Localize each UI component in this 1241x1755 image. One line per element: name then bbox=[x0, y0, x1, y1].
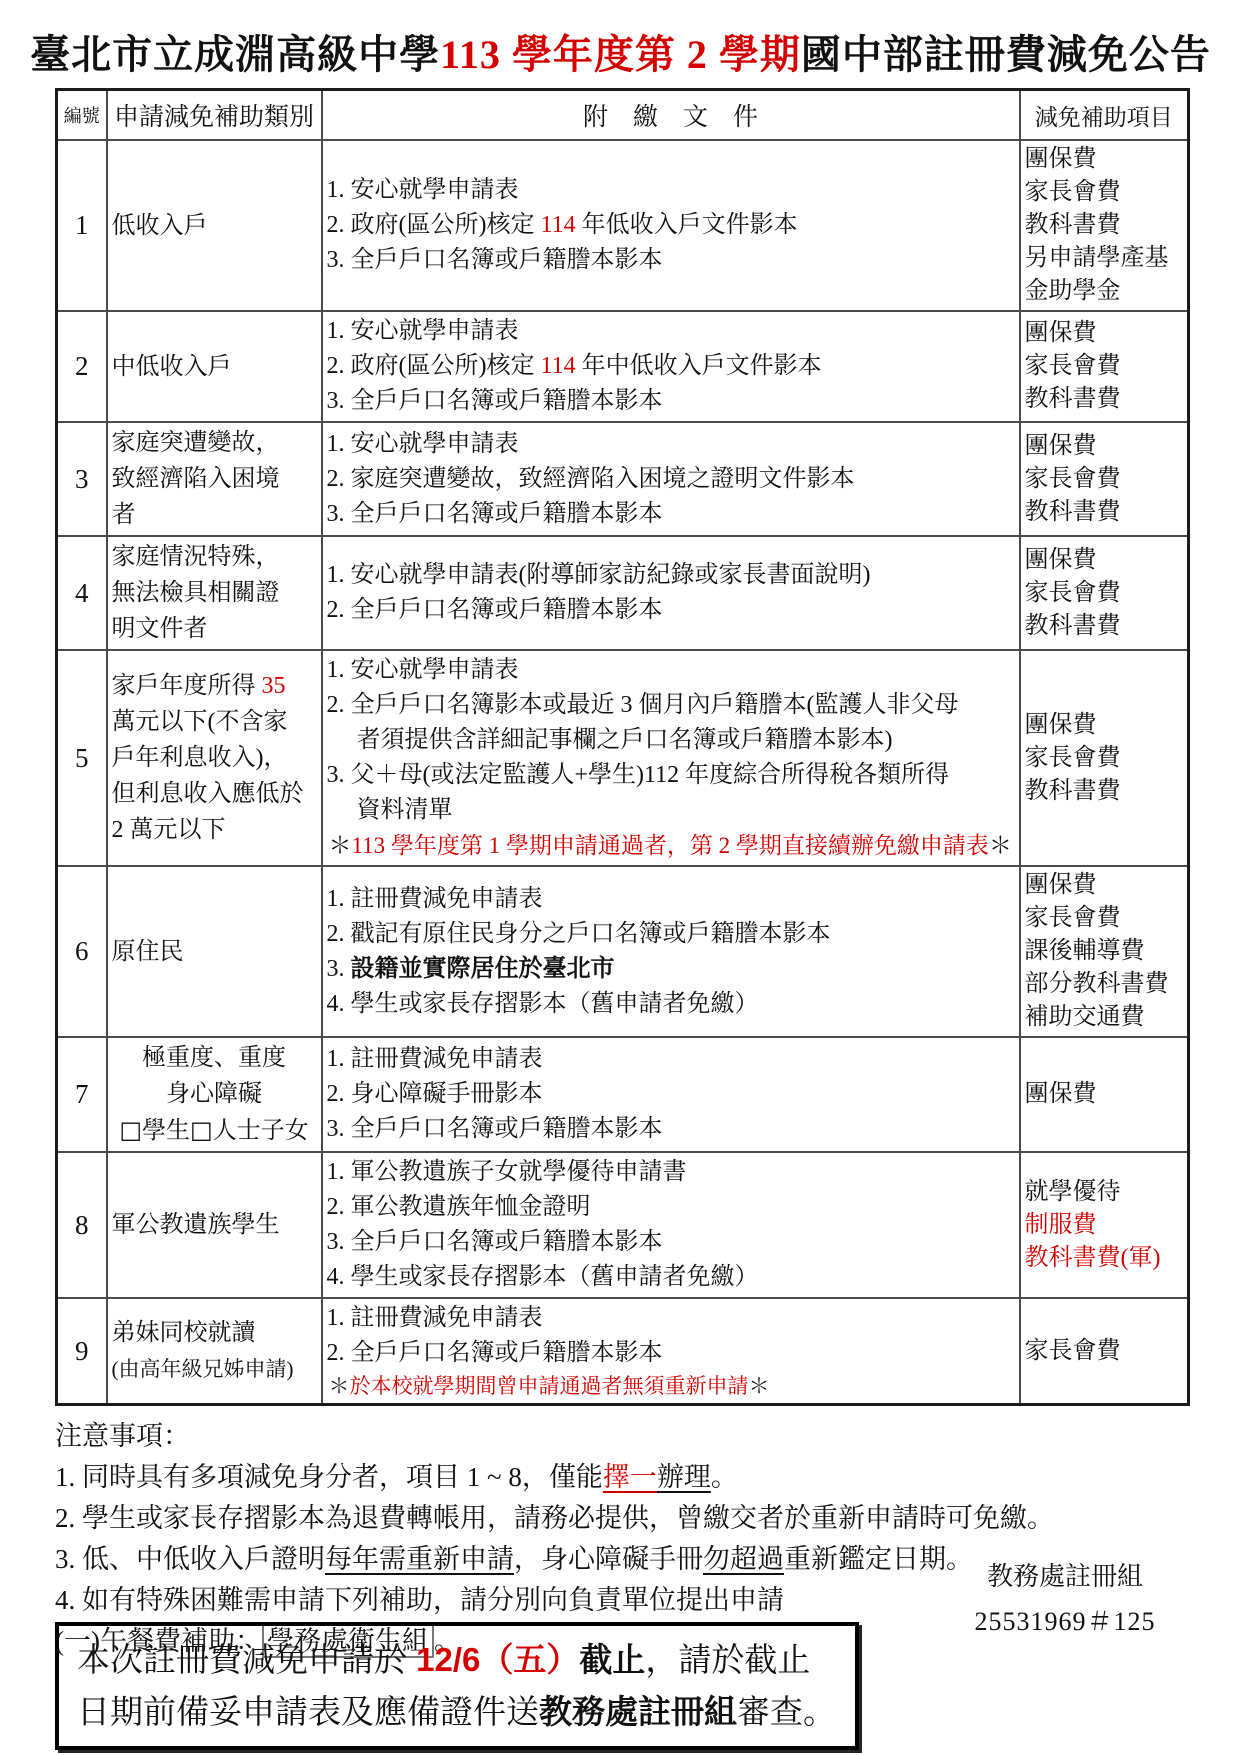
documents-cell: 1. 安心就學申請表(附導師家訪紀錄或家長書面說明)2. 全戶戶口名簿或戶籍謄本… bbox=[322, 536, 1020, 650]
text-segment: 4. 如有特殊困難需申請下列補助，請分別向負責單位提出申請 bbox=[55, 1585, 784, 1615]
text-segment: 3. 全戶戶口名簿或戶籍謄本影本 bbox=[327, 501, 663, 527]
text-segment: 114 bbox=[540, 353, 575, 379]
text-segment: 2 萬元以下 bbox=[112, 817, 226, 843]
text-segment: 低收入戶 bbox=[112, 213, 208, 239]
table-row: 3家庭突遭變故，致經濟陷入困境者1. 安心就學申請表2. 家庭突遭變故，致經濟陷… bbox=[57, 422, 1189, 536]
text-segment: 教科書費 bbox=[1025, 778, 1121, 804]
text-segment: 團保費 bbox=[1025, 1081, 1097, 1107]
text-segment: 2. 學生或家長存摺影本為退費轉帳用，請務必提供，曾繳交者於重新申請時可免繳。 bbox=[55, 1503, 1054, 1533]
table-header-row: 編號 申請減免補助類別 附 繳 文 件 減免補助項目 bbox=[57, 90, 1189, 141]
item-line: 教科書費 bbox=[1025, 383, 1184, 416]
item-line: 家長會費 bbox=[1025, 742, 1184, 775]
table-row: 2中低收入戶1. 安心就學申請表2. 政府(區公所)核定 114 年中低收入戶文… bbox=[57, 311, 1189, 422]
documents-cell: 1. 安心就學申請表2. 政府(區公所)核定 114 年中低收入戶文件影本3. … bbox=[322, 311, 1020, 422]
text-segment: 1. 註冊費減免申請表 bbox=[327, 886, 543, 912]
item-line: 教科書費 bbox=[1025, 209, 1184, 242]
text-segment: 無法檢具相關證 bbox=[112, 580, 280, 606]
text-segment: 本次註冊費減免申請於 bbox=[77, 1641, 416, 1678]
text-segment: 家庭突遭變故， bbox=[112, 430, 280, 456]
title-school-name: 臺北市立成淵高級中學 bbox=[30, 32, 440, 77]
text-segment: 。 bbox=[711, 1462, 738, 1492]
text-segment: 3. 全戶戶口名簿或戶籍謄本影本 bbox=[327, 247, 663, 273]
text-segment: 1. 軍公教遺族子女就學優待申請書 bbox=[327, 1159, 687, 1185]
text-segment: 3. 全戶戶口名簿或戶籍謄本影本 bbox=[327, 1116, 663, 1142]
item-line: 家長會費 bbox=[1025, 176, 1184, 209]
document-line: ＊113 學年度第 1 學期申請通過者，第 2 學期直接續辦免繳申請表＊ bbox=[327, 828, 1015, 863]
text-segment: 1. 安心就學申請表 bbox=[327, 177, 519, 203]
text-segment: 2. 戳記有原住民身分之戶口名簿或戶籍謄本影本 bbox=[327, 921, 831, 947]
text-segment: 3. 低、中低收入戶證明 bbox=[55, 1544, 325, 1574]
document-line: 1. 安心就學申請表 bbox=[327, 314, 1015, 349]
item-line: 就學優待 bbox=[1025, 1176, 1184, 1209]
text-segment: 1. 註冊費減免申請表 bbox=[327, 1046, 543, 1072]
items-cell: 團保費家長會費教科書費 bbox=[1020, 536, 1189, 650]
item-line: 部分教科書費 bbox=[1025, 968, 1184, 1001]
text-segment: 2. 全戶戶口名簿影本或最近 3 個月內戶籍謄本(監護人非父母 bbox=[327, 692, 959, 718]
text-segment: 者須提供含詳細記事欄之戶口名簿或戶籍謄本影本) bbox=[357, 727, 893, 753]
title-subject: 國中部註冊費減免公告 bbox=[801, 32, 1211, 77]
text-segment: 年低收入戶文件影本 bbox=[576, 212, 798, 238]
document-line: ＊於本校就學期間曾申請通過者無須重新申請＊ bbox=[327, 1371, 1015, 1401]
item-line: 課後輔導費 bbox=[1025, 935, 1184, 968]
item-line: 另申請學產基 bbox=[1025, 242, 1184, 275]
text-segment: 教科書費 bbox=[1025, 499, 1121, 525]
checkbox-icon: □ bbox=[190, 1116, 213, 1144]
text-segment: 者 bbox=[112, 502, 136, 528]
text-segment: 1. 安心就學申請表 bbox=[327, 657, 519, 683]
documents-cell: 1. 安心就學申請表2. 政府(區公所)核定 114 年低收入戶文件影本3. 全… bbox=[322, 140, 1020, 311]
document-line: 3. 全戶戶口名簿或戶籍謄本影本 bbox=[327, 1225, 1015, 1260]
text-segment: 極重度、重度 bbox=[142, 1045, 286, 1071]
text-segment: 家長會費 bbox=[1025, 353, 1121, 379]
text-segment: 原住民 bbox=[112, 939, 184, 965]
category-cell: 家庭突遭變故，致經濟陷入困境者 bbox=[107, 422, 322, 536]
documents-cell: 1. 註冊費減免申請表2. 戳記有原住民身分之戶口名簿或戶籍謄本影本3. 設籍並… bbox=[322, 866, 1020, 1037]
text-segment: 3. 父＋母(或法定監護人+學生)112 年度綜合所得稅各類所得 bbox=[327, 762, 950, 788]
text-segment: 明文件者 bbox=[112, 616, 208, 642]
document-line: 2. 軍公教遺族年恤金證明 bbox=[327, 1190, 1015, 1225]
category-line: 無法檢具相關證 bbox=[112, 575, 317, 611]
text-segment: 3. bbox=[327, 956, 351, 982]
text-segment: 家長會費 bbox=[1025, 580, 1121, 606]
text-segment: 團保費 bbox=[1025, 872, 1097, 898]
category-cell: 低收入戶 bbox=[107, 140, 322, 311]
text-segment: 團保費 bbox=[1025, 547, 1097, 573]
deadline-box: 本次註冊費減免申請於 12/6（五）截止，請於截止日期前備妥申請表及應備證件送教… bbox=[55, 1622, 859, 1750]
text-segment: 4. 學生或家長存摺影本（舊申請者免繳） bbox=[327, 1264, 759, 1290]
text-segment: 教務處註冊組 bbox=[539, 1693, 737, 1730]
contact-block: 教務處註冊組 25531969＃125 bbox=[950, 1556, 1180, 1638]
text-segment: 1. 同時具有多項減免身分者，項目 1 ~ 8，僅能 bbox=[55, 1462, 603, 1492]
document-line: 1. 軍公教遺族子女就學優待申請書 bbox=[327, 1155, 1015, 1190]
text-segment: 家長會費 bbox=[1025, 1338, 1121, 1364]
text-segment: 3. 全戶戶口名簿或戶籍謄本影本 bbox=[327, 1229, 663, 1255]
text-segment: 2. 軍公教遺族年恤金證明 bbox=[327, 1194, 591, 1220]
category-line: 弟妹同校就讀 bbox=[112, 1315, 317, 1351]
document-line: 3. 全戶戶口名簿或戶籍謄本影本 bbox=[327, 243, 1015, 278]
table-row: 1低收入戶1. 安心就學申請表2. 政府(區公所)核定 114 年低收入戶文件影… bbox=[57, 140, 1189, 311]
row-number-cell: 6 bbox=[57, 866, 107, 1037]
documents-cell: 1. 安心就學申請表2. 家庭突遭變故，致經濟陷入困境之證明文件影本3. 全戶戶… bbox=[322, 422, 1020, 536]
text-segment: 課後輔導費 bbox=[1025, 938, 1145, 964]
text-segment: 12/6（五） bbox=[416, 1641, 579, 1678]
category-line: 家戶年度所得 35 bbox=[112, 668, 317, 704]
text-segment: 設籍並實際居住於臺北市 bbox=[351, 956, 615, 982]
item-line: 家長會費 bbox=[1025, 350, 1184, 383]
text-segment: 學生 bbox=[142, 1118, 190, 1144]
header-number: 編號 bbox=[57, 90, 107, 141]
document-line: 2. 家庭突遭變故，致經濟陷入困境之證明文件影本 bbox=[327, 462, 1015, 497]
category-line: 但利息收入應低於 bbox=[112, 776, 317, 812]
deadline-line: 本次註冊費減免申請於 12/6（五）截止，請於截止 bbox=[77, 1634, 837, 1686]
text-segment: 家長會費 bbox=[1025, 905, 1121, 931]
text-segment: 擇一 bbox=[603, 1462, 657, 1492]
text-segment: 團保費 bbox=[1025, 320, 1097, 346]
text-segment: ＊ bbox=[329, 1374, 350, 1398]
contact-office: 教務處註冊組 bbox=[950, 1556, 1180, 1593]
text-segment: 2. 政府(區公所)核定 bbox=[327, 212, 541, 238]
document-line: 資料清單 bbox=[327, 793, 1015, 828]
document-line: 2. 全戶戶口名簿影本或最近 3 個月內戶籍謄本(監護人非父母 bbox=[327, 688, 1015, 723]
document-line: 3. 全戶戶口名簿或戶籍謄本影本 bbox=[327, 1112, 1015, 1147]
header-category: 申請減免補助類別 bbox=[107, 90, 322, 141]
text-segment: 補助交通費 bbox=[1025, 1004, 1145, 1030]
text-segment: 部分教科書費 bbox=[1025, 971, 1169, 997]
items-cell: 就學優待制服費教科書費(軍) bbox=[1020, 1152, 1189, 1298]
text-segment: 1. 安心就學申請表 bbox=[327, 318, 519, 344]
row-number-cell: 2 bbox=[57, 311, 107, 422]
text-segment: 另申請學產基 bbox=[1025, 245, 1169, 271]
document-line: 2. 政府(區公所)核定 114 年中低收入戶文件影本 bbox=[327, 349, 1015, 384]
table-row: 8軍公教遺族學生1. 軍公教遺族子女就學優待申請書2. 軍公教遺族年恤金證明3.… bbox=[57, 1152, 1189, 1298]
item-line: 團保費 bbox=[1025, 544, 1184, 577]
category-cell: 中低收入戶 bbox=[107, 311, 322, 422]
deadline-line: 日期前備妥申請表及應備證件送教務處註冊組審查。 bbox=[77, 1686, 837, 1738]
item-line: 家長會費 bbox=[1025, 1335, 1184, 1368]
category-line: 軍公教遺族學生 bbox=[112, 1207, 317, 1243]
category-cell: 家戶年度所得 35萬元以下(不含家戶年利息收入)，但利息收入應低於2 萬元以下 bbox=[107, 650, 322, 866]
document-line: 1. 安心就學申請表 bbox=[327, 653, 1015, 688]
row-number-cell: 1 bbox=[57, 140, 107, 311]
category-line: 2 萬元以下 bbox=[112, 812, 317, 848]
row-number-cell: 9 bbox=[57, 1298, 107, 1405]
text-segment: 勿超過 bbox=[703, 1544, 784, 1574]
text-segment: 每年需重新申請 bbox=[325, 1544, 514, 1574]
item-line: 補助交通費 bbox=[1025, 1001, 1184, 1034]
text-segment: 2. 全戶戶口名簿或戶籍謄本影本 bbox=[327, 597, 663, 623]
category-line: 中低收入戶 bbox=[112, 349, 317, 385]
note-line: 1. 同時具有多項減免身分者，項目 1 ~ 8，僅能擇一辦理。 bbox=[55, 1457, 1241, 1498]
row-number-cell: 8 bbox=[57, 1152, 107, 1298]
text-segment: 重新鑑定日期。 bbox=[784, 1544, 973, 1574]
text-segment: 2. 身心障礙手冊影本 bbox=[327, 1081, 543, 1107]
category-line: 明文件者 bbox=[112, 611, 317, 647]
text-segment: (由高年級兄姊申請) bbox=[112, 1357, 294, 1381]
item-line: 教科書費 bbox=[1025, 496, 1184, 529]
documents-cell: 1. 註冊費減免申請表2. 全戶戶口名簿或戶籍謄本影本＊於本校就學期間曾申請通過… bbox=[322, 1298, 1020, 1405]
row-number-cell: 3 bbox=[57, 422, 107, 536]
category-line: 低收入戶 bbox=[112, 208, 317, 244]
text-segment: 2. 政府(區公所)核定 bbox=[327, 353, 541, 379]
items-cell: 家長會費 bbox=[1020, 1298, 1189, 1405]
text-segment: 於本校就學期間曾申請通過者無須重新申請 bbox=[350, 1374, 749, 1398]
text-segment: 截止 bbox=[579, 1641, 645, 1678]
text-segment: ＊ bbox=[329, 833, 352, 858]
text-segment: 2. 家庭突遭變故，致經濟陷入困境之證明文件影本 bbox=[327, 466, 855, 492]
text-segment: 戶年利息收入)， bbox=[112, 745, 288, 771]
category-cell: 極重度、重度身心障礙□學生□人士子女 bbox=[107, 1037, 322, 1152]
category-cell: 家庭情況特殊，無法檢具相關證明文件者 bbox=[107, 536, 322, 650]
text-segment: 4. 學生或家長存摺影本（舊申請者免繳） bbox=[327, 991, 759, 1017]
checkbox-icon: □ bbox=[119, 1116, 142, 1144]
table-row: 6原住民1. 註冊費減免申請表2. 戳記有原住民身分之戶口名簿或戶籍謄本影本3.… bbox=[57, 866, 1189, 1037]
text-segment: 日期前備妥申請表及應備證件送 bbox=[77, 1693, 539, 1730]
document-line: 1. 安心就學申請表 bbox=[327, 427, 1015, 462]
header-documents: 附 繳 文 件 bbox=[322, 90, 1020, 141]
item-line: 教科書費 bbox=[1025, 610, 1184, 643]
document-line: 2. 全戶戶口名簿或戶籍謄本影本 bbox=[327, 1336, 1015, 1371]
category-line: □學生□人士子女 bbox=[112, 1112, 317, 1149]
text-segment: 制服費 bbox=[1025, 1212, 1097, 1238]
text-segment: 家長會費 bbox=[1025, 179, 1121, 205]
text-segment: 身心障礙 bbox=[166, 1081, 262, 1107]
category-line: 家庭情況特殊， bbox=[112, 539, 317, 575]
items-cell: 團保費 bbox=[1020, 1037, 1189, 1152]
items-cell: 團保費家長會費教科書費 bbox=[1020, 650, 1189, 866]
text-segment: 2. 全戶戶口名簿或戶籍謄本影本 bbox=[327, 1340, 663, 1366]
row-number-cell: 7 bbox=[57, 1037, 107, 1152]
table-row: 7極重度、重度身心障礙□學生□人士子女1. 註冊費減免申請表2. 身心障礙手冊影… bbox=[57, 1037, 1189, 1152]
document-line: 2. 身心障礙手冊影本 bbox=[327, 1077, 1015, 1112]
category-cell: 弟妹同校就讀(由高年級兄姊申請) bbox=[107, 1298, 322, 1405]
document-line: 3. 設籍並實際居住於臺北市 bbox=[327, 952, 1015, 987]
table-row: 9弟妹同校就讀(由高年級兄姊申請)1. 註冊費減免申請表2. 全戶戶口名簿或戶籍… bbox=[57, 1298, 1189, 1405]
row-number-cell: 4 bbox=[57, 536, 107, 650]
header-items: 減免補助項目 bbox=[1020, 90, 1189, 141]
item-line: 團保費 bbox=[1025, 1078, 1184, 1111]
notes-heading: 注意事項： bbox=[55, 1416, 1241, 1457]
text-segment: 1. 安心就學申請表 bbox=[327, 431, 519, 457]
item-line: 金助學金 bbox=[1025, 275, 1184, 308]
item-line: 團保費 bbox=[1025, 317, 1184, 350]
text-segment: 3. 全戶戶口名簿或戶籍謄本影本 bbox=[327, 388, 663, 414]
note-line: 2. 學生或家長存摺影本為退費轉帳用，請務必提供，曾繳交者於重新申請時可免繳。 bbox=[55, 1498, 1241, 1539]
text-segment: 金助學金 bbox=[1025, 278, 1121, 304]
item-line: 團保費 bbox=[1025, 709, 1184, 742]
category-line: 戶年利息收入)， bbox=[112, 740, 317, 776]
text-segment: 教科書費 bbox=[1025, 613, 1121, 639]
items-cell: 團保費家長會費課後輔導費部分教科書費補助交通費 bbox=[1020, 866, 1189, 1037]
item-line: 團保費 bbox=[1025, 430, 1184, 463]
text-segment: 團保費 bbox=[1025, 712, 1097, 738]
text-segment: 審查。 bbox=[737, 1693, 836, 1730]
text-segment: ＊ bbox=[749, 1374, 770, 1398]
text-segment: 人士子女 bbox=[213, 1118, 309, 1144]
documents-cell: 1. 軍公教遺族子女就學優待申請書2. 軍公教遺族年恤金證明3. 全戶戶口名簿或… bbox=[322, 1152, 1020, 1298]
text-segment: 教科書費 bbox=[1025, 212, 1121, 238]
text-segment: 教科書費 bbox=[1025, 386, 1121, 412]
category-line: 極重度、重度 bbox=[112, 1040, 317, 1076]
text-segment: 1. 安心就學申請表(附導師家訪紀錄或家長書面說明) bbox=[327, 562, 871, 588]
category-line: 家庭突遭變故， bbox=[112, 425, 317, 461]
document-line: 2. 戳記有原住民身分之戶口名簿或戶籍謄本影本 bbox=[327, 917, 1015, 952]
items-cell: 團保費家長會費教科書費 bbox=[1020, 422, 1189, 536]
category-line: 萬元以下(不含家 bbox=[112, 704, 317, 740]
text-segment: 團保費 bbox=[1025, 433, 1097, 459]
document-line: 2. 政府(區公所)核定 114 年低收入戶文件影本 bbox=[327, 208, 1015, 243]
text-segment: 致經濟陷入困境 bbox=[112, 466, 280, 492]
document-line: 者須提供含詳細記事欄之戶口名簿或戶籍謄本影本) bbox=[327, 723, 1015, 758]
text-segment: 中低收入戶 bbox=[112, 354, 232, 380]
document-line: 4. 學生或家長存摺影本（舊申請者免繳） bbox=[327, 1260, 1015, 1295]
text-segment: 113 學年度第 1 學期申請通過者，第 2 學期直接續辦免繳申請表 bbox=[352, 833, 989, 858]
page-title: 臺北市立成淵高級中學113 學年度第 2 學期國中部註冊費減免公告 bbox=[0, 0, 1241, 80]
documents-cell: 1. 註冊費減免申請表2. 身心障礙手冊影本3. 全戶戶口名簿或戶籍謄本影本 bbox=[322, 1037, 1020, 1152]
category-line: 致經濟陷入困境 bbox=[112, 461, 317, 497]
document-line: 3. 全戶戶口名簿或戶籍謄本影本 bbox=[327, 497, 1015, 532]
document-line: 1. 安心就學申請表 bbox=[327, 173, 1015, 208]
text-segment: 辦理 bbox=[657, 1462, 711, 1492]
text-segment: 但利息收入應低於 bbox=[112, 781, 304, 807]
text-segment: 家庭情況特殊， bbox=[112, 544, 280, 570]
text-segment: 年中低收入戶文件影本 bbox=[576, 353, 822, 379]
items-cell: 團保費家長會費教科書費 bbox=[1020, 311, 1189, 422]
text-segment: 軍公教遺族學生 bbox=[112, 1212, 280, 1238]
contact-phone: 25531969＃125 bbox=[950, 1601, 1180, 1638]
text-segment: 家長會費 bbox=[1025, 466, 1121, 492]
announcement-page: 臺北市立成淵高級中學113 學年度第 2 學期國中部註冊費減免公告 編號 申請減… bbox=[0, 0, 1241, 1755]
text-segment: 114 bbox=[540, 212, 575, 238]
item-line: 團保費 bbox=[1025, 143, 1184, 176]
table-row: 5家戶年度所得 35萬元以下(不含家戶年利息收入)，但利息收入應低於2 萬元以下… bbox=[57, 650, 1189, 866]
text-segment: 35 bbox=[262, 673, 286, 699]
item-line: 教科書費(軍) bbox=[1025, 1242, 1184, 1275]
category-line: (由高年級兄姊申請) bbox=[112, 1351, 317, 1387]
text-segment: 弟妹同校就讀 bbox=[112, 1320, 256, 1346]
document-line: 1. 註冊費減免申請表 bbox=[327, 882, 1015, 917]
title-semester: 113 學年度第 2 學期 bbox=[440, 32, 801, 77]
items-cell: 團保費家長會費教科書費另申請學產基金助學金 bbox=[1020, 140, 1189, 311]
item-line: 制服費 bbox=[1025, 1209, 1184, 1242]
text-segment: ，身心障礙手冊 bbox=[514, 1544, 703, 1574]
text-segment: 資料清單 bbox=[357, 797, 453, 823]
category-line: 者 bbox=[112, 497, 317, 533]
category-cell: 原住民 bbox=[107, 866, 322, 1037]
text-segment: ＊ bbox=[989, 833, 1012, 858]
row-number-cell: 5 bbox=[57, 650, 107, 866]
table-row: 4家庭情況特殊，無法檢具相關證明文件者1. 安心就學申請表(附導師家訪紀錄或家長… bbox=[57, 536, 1189, 650]
document-line: 3. 父＋母(或法定監護人+學生)112 年度綜合所得稅各類所得 bbox=[327, 758, 1015, 793]
category-line: 原住民 bbox=[112, 934, 317, 970]
document-line: 1. 註冊費減免申請表 bbox=[327, 1042, 1015, 1077]
item-line: 教科書費 bbox=[1025, 775, 1184, 808]
text-segment: 家戶年度所得 bbox=[112, 673, 262, 699]
text-segment: ，請於截止 bbox=[645, 1641, 810, 1678]
text-segment: 教科書費(軍) bbox=[1025, 1245, 1161, 1271]
category-cell: 軍公教遺族學生 bbox=[107, 1152, 322, 1298]
text-segment: 1. 註冊費減免申請表 bbox=[327, 1305, 543, 1331]
document-line: 1. 安心就學申請表(附導師家訪紀錄或家長書面說明) bbox=[327, 558, 1015, 593]
document-line: 4. 學生或家長存摺影本（舊申請者免繳） bbox=[327, 987, 1015, 1022]
document-line: 3. 全戶戶口名簿或戶籍謄本影本 bbox=[327, 384, 1015, 419]
category-line: 身心障礙 bbox=[112, 1076, 317, 1112]
text-segment: 家長會費 bbox=[1025, 745, 1121, 771]
text-segment: 就學優待 bbox=[1025, 1179, 1121, 1205]
text-segment: 萬元以下(不含家 bbox=[112, 709, 288, 735]
document-line: 1. 註冊費減免申請表 bbox=[327, 1301, 1015, 1336]
item-line: 家長會費 bbox=[1025, 577, 1184, 610]
item-line: 團保費 bbox=[1025, 869, 1184, 902]
documents-cell: 1. 安心就學申請表2. 全戶戶口名簿影本或最近 3 個月內戶籍謄本(監護人非父… bbox=[322, 650, 1020, 866]
document-line: 2. 全戶戶口名簿或戶籍謄本影本 bbox=[327, 593, 1015, 628]
fee-reduction-table: 編號 申請減免補助類別 附 繳 文 件 減免補助項目 1低收入戶1. 安心就學申… bbox=[55, 88, 1190, 1406]
text-segment: 團保費 bbox=[1025, 146, 1097, 172]
item-line: 家長會費 bbox=[1025, 902, 1184, 935]
item-line: 家長會費 bbox=[1025, 463, 1184, 496]
